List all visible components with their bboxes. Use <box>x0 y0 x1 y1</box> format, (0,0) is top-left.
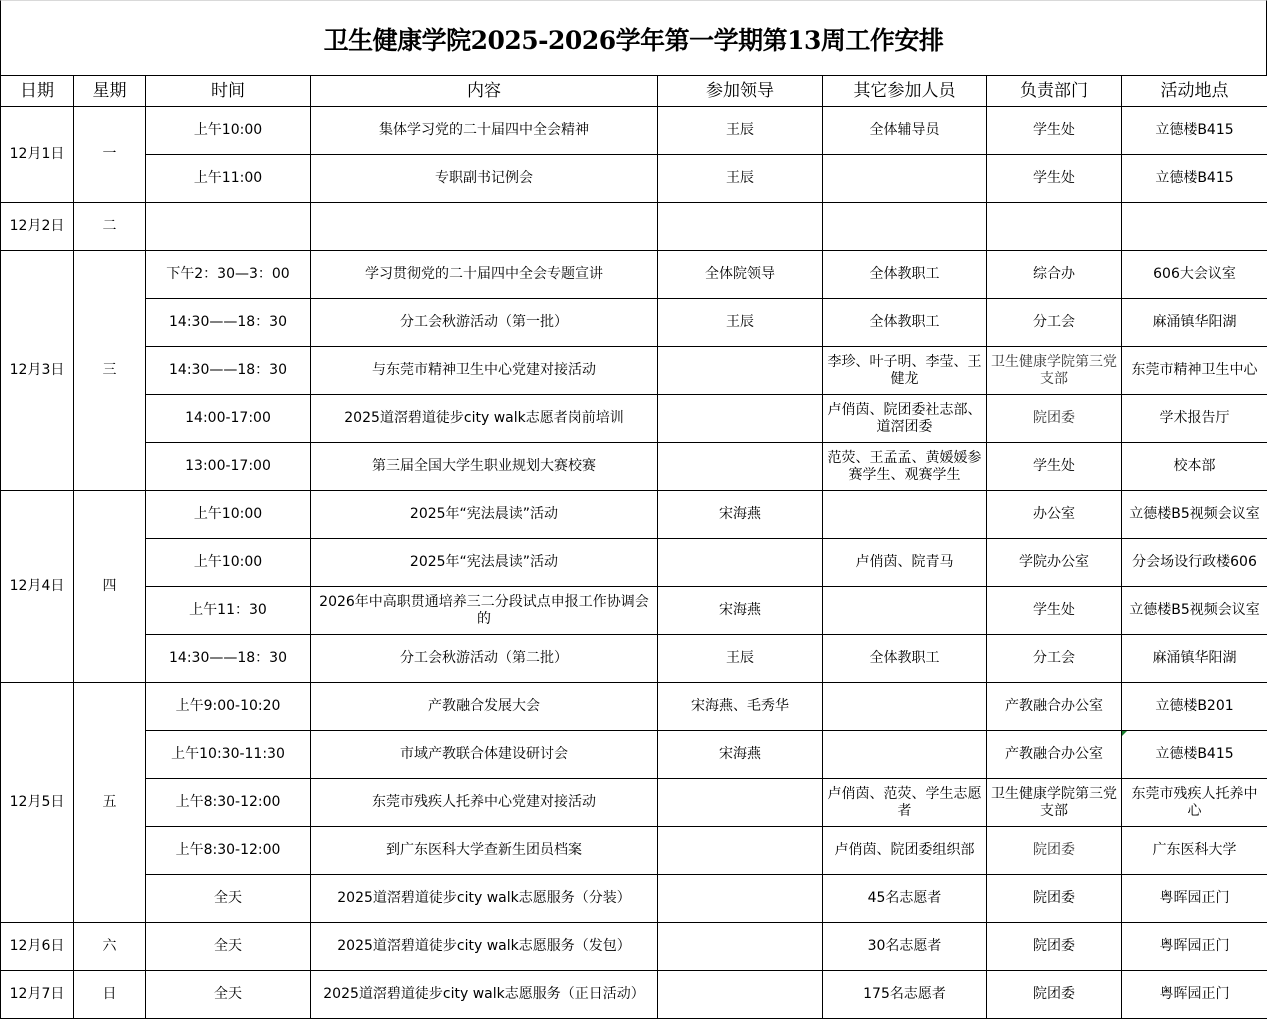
table-row: 上午8:30-12:00 到广东医科大学查新生团员档案 卢俏茵、院团委组织部 院… <box>1 827 1267 875</box>
others-cell <box>823 203 987 251</box>
date-cell: 12月5日 <box>1 683 74 923</box>
others-cell: 全体教职工 <box>823 635 987 683</box>
table-row: 12月1日 一 上午10:00 集体学习党的二十届四中全会精神 王辰 全体辅导员… <box>1 107 1267 155</box>
time-cell: 上午9:00-10:20 <box>146 683 311 731</box>
place-cell: 学术报告厅 <box>1122 395 1267 443</box>
time-cell: 上午10:00 <box>146 491 311 539</box>
dept-cell: 院团委 <box>987 923 1122 971</box>
place-cell: 606大会议室 <box>1122 251 1267 299</box>
page-title: 卫生健康学院2025-2026学年第一学期第13周工作安排 <box>324 21 944 57</box>
place-cell: 校本部 <box>1122 443 1267 491</box>
dept-cell: 综合办 <box>987 251 1122 299</box>
dept-cell: 学生处 <box>987 107 1122 155</box>
schedule-sheet: 卫生健康学院2025-2026学年第一学期第13周工作安排 日期 星期 时间 内… <box>0 0 1267 1031</box>
header-leader: 参加领导 <box>658 76 823 107</box>
content-cell: 2025道滘碧道徒步city walk志愿服务（正日活动） <box>311 971 658 1019</box>
time-cell: 13:00-17:00 <box>146 443 311 491</box>
time-cell: 上午10:30-11:30 <box>146 731 311 779</box>
others-cell: 30名志愿者 <box>823 923 987 971</box>
table-row: 14:00-17:00 2025道滘碧道徒步city walk志愿者岗前培训 卢… <box>1 395 1267 443</box>
dept-cell: 卫生健康学院第三党支部 <box>987 347 1122 395</box>
time-cell: 全天 <box>146 923 311 971</box>
header-others: 其它参加人员 <box>823 76 987 107</box>
others-cell: 卢俏茵、范荧、学生志愿者 <box>823 779 987 827</box>
others-cell: 全体辅导员 <box>823 107 987 155</box>
content-cell: 2026年中高职贯通培养三二分段试点申报工作协调会的 <box>311 587 658 635</box>
table-row: 上午10:30-11:30 市域产教联合体建设研讨会 宋海燕 产教融合办公室 立… <box>1 731 1267 779</box>
leader-cell: 宋海燕 <box>658 731 823 779</box>
dept-cell: 院团委 <box>987 875 1122 923</box>
table-row: 上午8:30-12:00 东莞市残疾人托养中心党建对接活动 卢俏茵、范荧、学生志… <box>1 779 1267 827</box>
others-cell: 卢俏茵、院团委社志部、道滘团委 <box>823 395 987 443</box>
content-cell: 2025年“宪法晨读”活动 <box>311 491 658 539</box>
time-cell: 14:30——18：30 <box>146 299 311 347</box>
date-cell: 12月1日 <box>1 107 74 203</box>
table-row: 12月2日 二 <box>1 203 1267 251</box>
leader-cell <box>658 779 823 827</box>
time-cell: 上午8:30-12:00 <box>146 827 311 875</box>
dept-cell: 分工会 <box>987 299 1122 347</box>
leader-cell <box>658 203 823 251</box>
time-cell: 全天 <box>146 971 311 1019</box>
dept-cell: 办公室 <box>987 491 1122 539</box>
weekday-cell: 二 <box>74 203 146 251</box>
place-cell: 粤晖园正门 <box>1122 923 1267 971</box>
weekday-cell: 六 <box>74 923 146 971</box>
place-cell: 立德楼B5视频会议室 <box>1122 491 1267 539</box>
others-cell: 全体教职工 <box>823 251 987 299</box>
dept-cell: 学院办公室 <box>987 539 1122 587</box>
leader-cell <box>658 923 823 971</box>
content-cell: 学习贯彻党的二十届四中全会专题宣讲 <box>311 251 658 299</box>
time-cell: 上午8:30-12:00 <box>146 779 311 827</box>
dept-cell: 产教融合办公室 <box>987 683 1122 731</box>
place-cell: 粤晖园正门 <box>1122 971 1267 1019</box>
dept-cell: 院团委 <box>987 827 1122 875</box>
content-cell: 第三届全国大学生职业规划大赛校赛 <box>311 443 658 491</box>
header-weekday: 星期 <box>74 76 146 107</box>
date-cell: 12月3日 <box>1 251 74 491</box>
dept-cell: 分工会 <box>987 635 1122 683</box>
date-cell: 12月4日 <box>1 491 74 683</box>
table-row: 上午11:00 专职副书记例会 王辰 学生处 立德楼B415 <box>1 155 1267 203</box>
table-row: 14:30——18：30 与东莞市精神卫生中心党建对接活动 李珍、叶子明、李莹、… <box>1 347 1267 395</box>
content-cell: 2025年“宪法晨读”活动 <box>311 539 658 587</box>
place-text: 立德楼B415 <box>1155 746 1233 762</box>
others-cell: 45名志愿者 <box>823 875 987 923</box>
content-cell: 集体学习党的二十届四中全会精神 <box>311 107 658 155</box>
table-row: 14:30——18：30 分工会秋游活动（第一批） 王辰 全体教职工 分工会 麻… <box>1 299 1267 347</box>
content-cell: 2025道滘碧道徒步city walk志愿者岗前培训 <box>311 395 658 443</box>
table-row: 上午10:00 2025年“宪法晨读”活动 卢俏茵、院青马 学院办公室 分会场设… <box>1 539 1267 587</box>
leader-cell <box>658 875 823 923</box>
dept-cell: 学生处 <box>987 587 1122 635</box>
content-cell: 2025道滘碧道徒步city walk志愿服务（分装） <box>311 875 658 923</box>
time-cell: 14:00-17:00 <box>146 395 311 443</box>
leader-cell <box>658 395 823 443</box>
time-cell: 上午10:00 <box>146 107 311 155</box>
weekday-cell: 日 <box>74 971 146 1019</box>
date-cell: 12月7日 <box>1 971 74 1019</box>
time-cell: 上午11:00 <box>146 155 311 203</box>
place-cell: 分会场设行政楼606 <box>1122 539 1267 587</box>
table-row: 12月6日 六 全天 2025道滘碧道徒步city walk志愿服务（发包） 3… <box>1 923 1267 971</box>
content-cell: 与东莞市精神卫生中心党建对接活动 <box>311 347 658 395</box>
weekday-cell: 一 <box>74 107 146 203</box>
place-cell: 东莞市精神卫生中心 <box>1122 347 1267 395</box>
content-cell: 东莞市残疾人托养中心党建对接活动 <box>311 779 658 827</box>
table-row: 13:00-17:00 第三届全国大学生职业规划大赛校赛 范荧、王孟孟、黄媛媛参… <box>1 443 1267 491</box>
leader-cell <box>658 347 823 395</box>
content-cell: 2025道滘碧道徒步city walk志愿服务（发包） <box>311 923 658 971</box>
others-cell <box>823 587 987 635</box>
table-row: 14:30——18：30 分工会秋游活动（第二批） 王辰 全体教职工 分工会 麻… <box>1 635 1267 683</box>
place-cell: 立德楼B415 <box>1122 731 1267 779</box>
date-cell: 12月6日 <box>1 923 74 971</box>
place-cell <box>1122 203 1267 251</box>
weekday-cell: 四 <box>74 491 146 683</box>
schedule-table: 日期 星期 时间 内容 参加领导 其它参加人员 负责部门 活动地点 12月1日 … <box>0 75 1267 1019</box>
dept-cell: 院团委 <box>987 971 1122 1019</box>
table-row: 12月4日 四 上午10:00 2025年“宪法晨读”活动 宋海燕 办公室 立德… <box>1 491 1267 539</box>
place-cell: 立德楼B415 <box>1122 107 1267 155</box>
others-cell <box>823 683 987 731</box>
content-cell: 分工会秋游活动（第一批） <box>311 299 658 347</box>
leader-cell <box>658 443 823 491</box>
others-cell <box>823 491 987 539</box>
weekday-cell: 三 <box>74 251 146 491</box>
others-cell: 卢俏茵、院青马 <box>823 539 987 587</box>
time-cell: 下午2：30—3：00 <box>146 251 311 299</box>
leader-cell <box>658 971 823 1019</box>
time-cell: 全天 <box>146 875 311 923</box>
content-cell <box>311 203 658 251</box>
header-date: 日期 <box>1 76 74 107</box>
place-cell: 广东医科大学 <box>1122 827 1267 875</box>
leader-cell: 王辰 <box>658 635 823 683</box>
time-cell: 上午10:00 <box>146 539 311 587</box>
others-cell <box>823 731 987 779</box>
title-band: 卫生健康学院2025-2026学年第一学期第13周工作安排 <box>0 0 1267 76</box>
content-cell: 产教融合发展大会 <box>311 683 658 731</box>
place-cell: 麻涌镇华阳湖 <box>1122 635 1267 683</box>
table-row: 上午11：30 2026年中高职贯通培养三二分段试点申报工作协调会的 宋海燕 学… <box>1 587 1267 635</box>
dept-cell: 产教融合办公室 <box>987 731 1122 779</box>
others-cell: 李珍、叶子明、李莹、王健龙 <box>823 347 987 395</box>
leader-cell: 王辰 <box>658 107 823 155</box>
dept-cell <box>987 203 1122 251</box>
others-cell: 175名志愿者 <box>823 971 987 1019</box>
leader-cell: 全体院领导 <box>658 251 823 299</box>
leader-cell: 宋海燕、毛秀华 <box>658 683 823 731</box>
table-row: 12月5日 五 上午9:00-10:20 产教融合发展大会 宋海燕、毛秀华 产教… <box>1 683 1267 731</box>
time-cell <box>146 203 311 251</box>
place-cell: 东莞市残疾人托养中心 <box>1122 779 1267 827</box>
time-cell: 14:30——18：30 <box>146 635 311 683</box>
dept-cell: 院团委 <box>987 395 1122 443</box>
content-cell: 分工会秋游活动（第二批） <box>311 635 658 683</box>
others-cell: 卢俏茵、院团委组织部 <box>823 827 987 875</box>
time-cell: 14:30——18：30 <box>146 347 311 395</box>
comment-marker-icon <box>1122 731 1127 736</box>
place-cell: 立德楼B201 <box>1122 683 1267 731</box>
leader-cell: 宋海燕 <box>658 491 823 539</box>
content-cell: 到广东医科大学查新生团员档案 <box>311 827 658 875</box>
place-cell: 立德楼B5视频会议室 <box>1122 587 1267 635</box>
dept-cell: 学生处 <box>987 155 1122 203</box>
time-cell: 上午11：30 <box>146 587 311 635</box>
content-cell: 专职副书记例会 <box>311 155 658 203</box>
others-cell: 范荧、王孟孟、黄媛媛参赛学生、观赛学生 <box>823 443 987 491</box>
place-cell: 粤晖园正门 <box>1122 875 1267 923</box>
date-cell: 12月2日 <box>1 203 74 251</box>
place-cell: 立德楼B415 <box>1122 155 1267 203</box>
header-row: 日期 星期 时间 内容 参加领导 其它参加人员 负责部门 活动地点 <box>1 76 1267 107</box>
leader-cell <box>658 539 823 587</box>
header-time: 时间 <box>146 76 311 107</box>
leader-cell: 王辰 <box>658 155 823 203</box>
others-cell <box>823 155 987 203</box>
table-row: 12月3日 三 下午2：30—3：00 学习贯彻党的二十届四中全会专题宣讲 全体… <box>1 251 1267 299</box>
dept-cell: 学生处 <box>987 443 1122 491</box>
table-row: 12月7日 日 全天 2025道滘碧道徒步city walk志愿服务（正日活动）… <box>1 971 1267 1019</box>
content-cell: 市域产教联合体建设研讨会 <box>311 731 658 779</box>
leader-cell: 宋海燕 <box>658 587 823 635</box>
header-dept: 负责部门 <box>987 76 1122 107</box>
leader-cell: 王辰 <box>658 299 823 347</box>
header-content: 内容 <box>311 76 658 107</box>
others-cell: 全体教职工 <box>823 299 987 347</box>
dept-cell: 卫生健康学院第三党支部 <box>987 779 1122 827</box>
table-row: 全天 2025道滘碧道徒步city walk志愿服务（分装） 45名志愿者 院团… <box>1 875 1267 923</box>
leader-cell <box>658 827 823 875</box>
place-cell: 麻涌镇华阳湖 <box>1122 299 1267 347</box>
weekday-cell: 五 <box>74 683 146 923</box>
header-place: 活动地点 <box>1122 76 1267 107</box>
